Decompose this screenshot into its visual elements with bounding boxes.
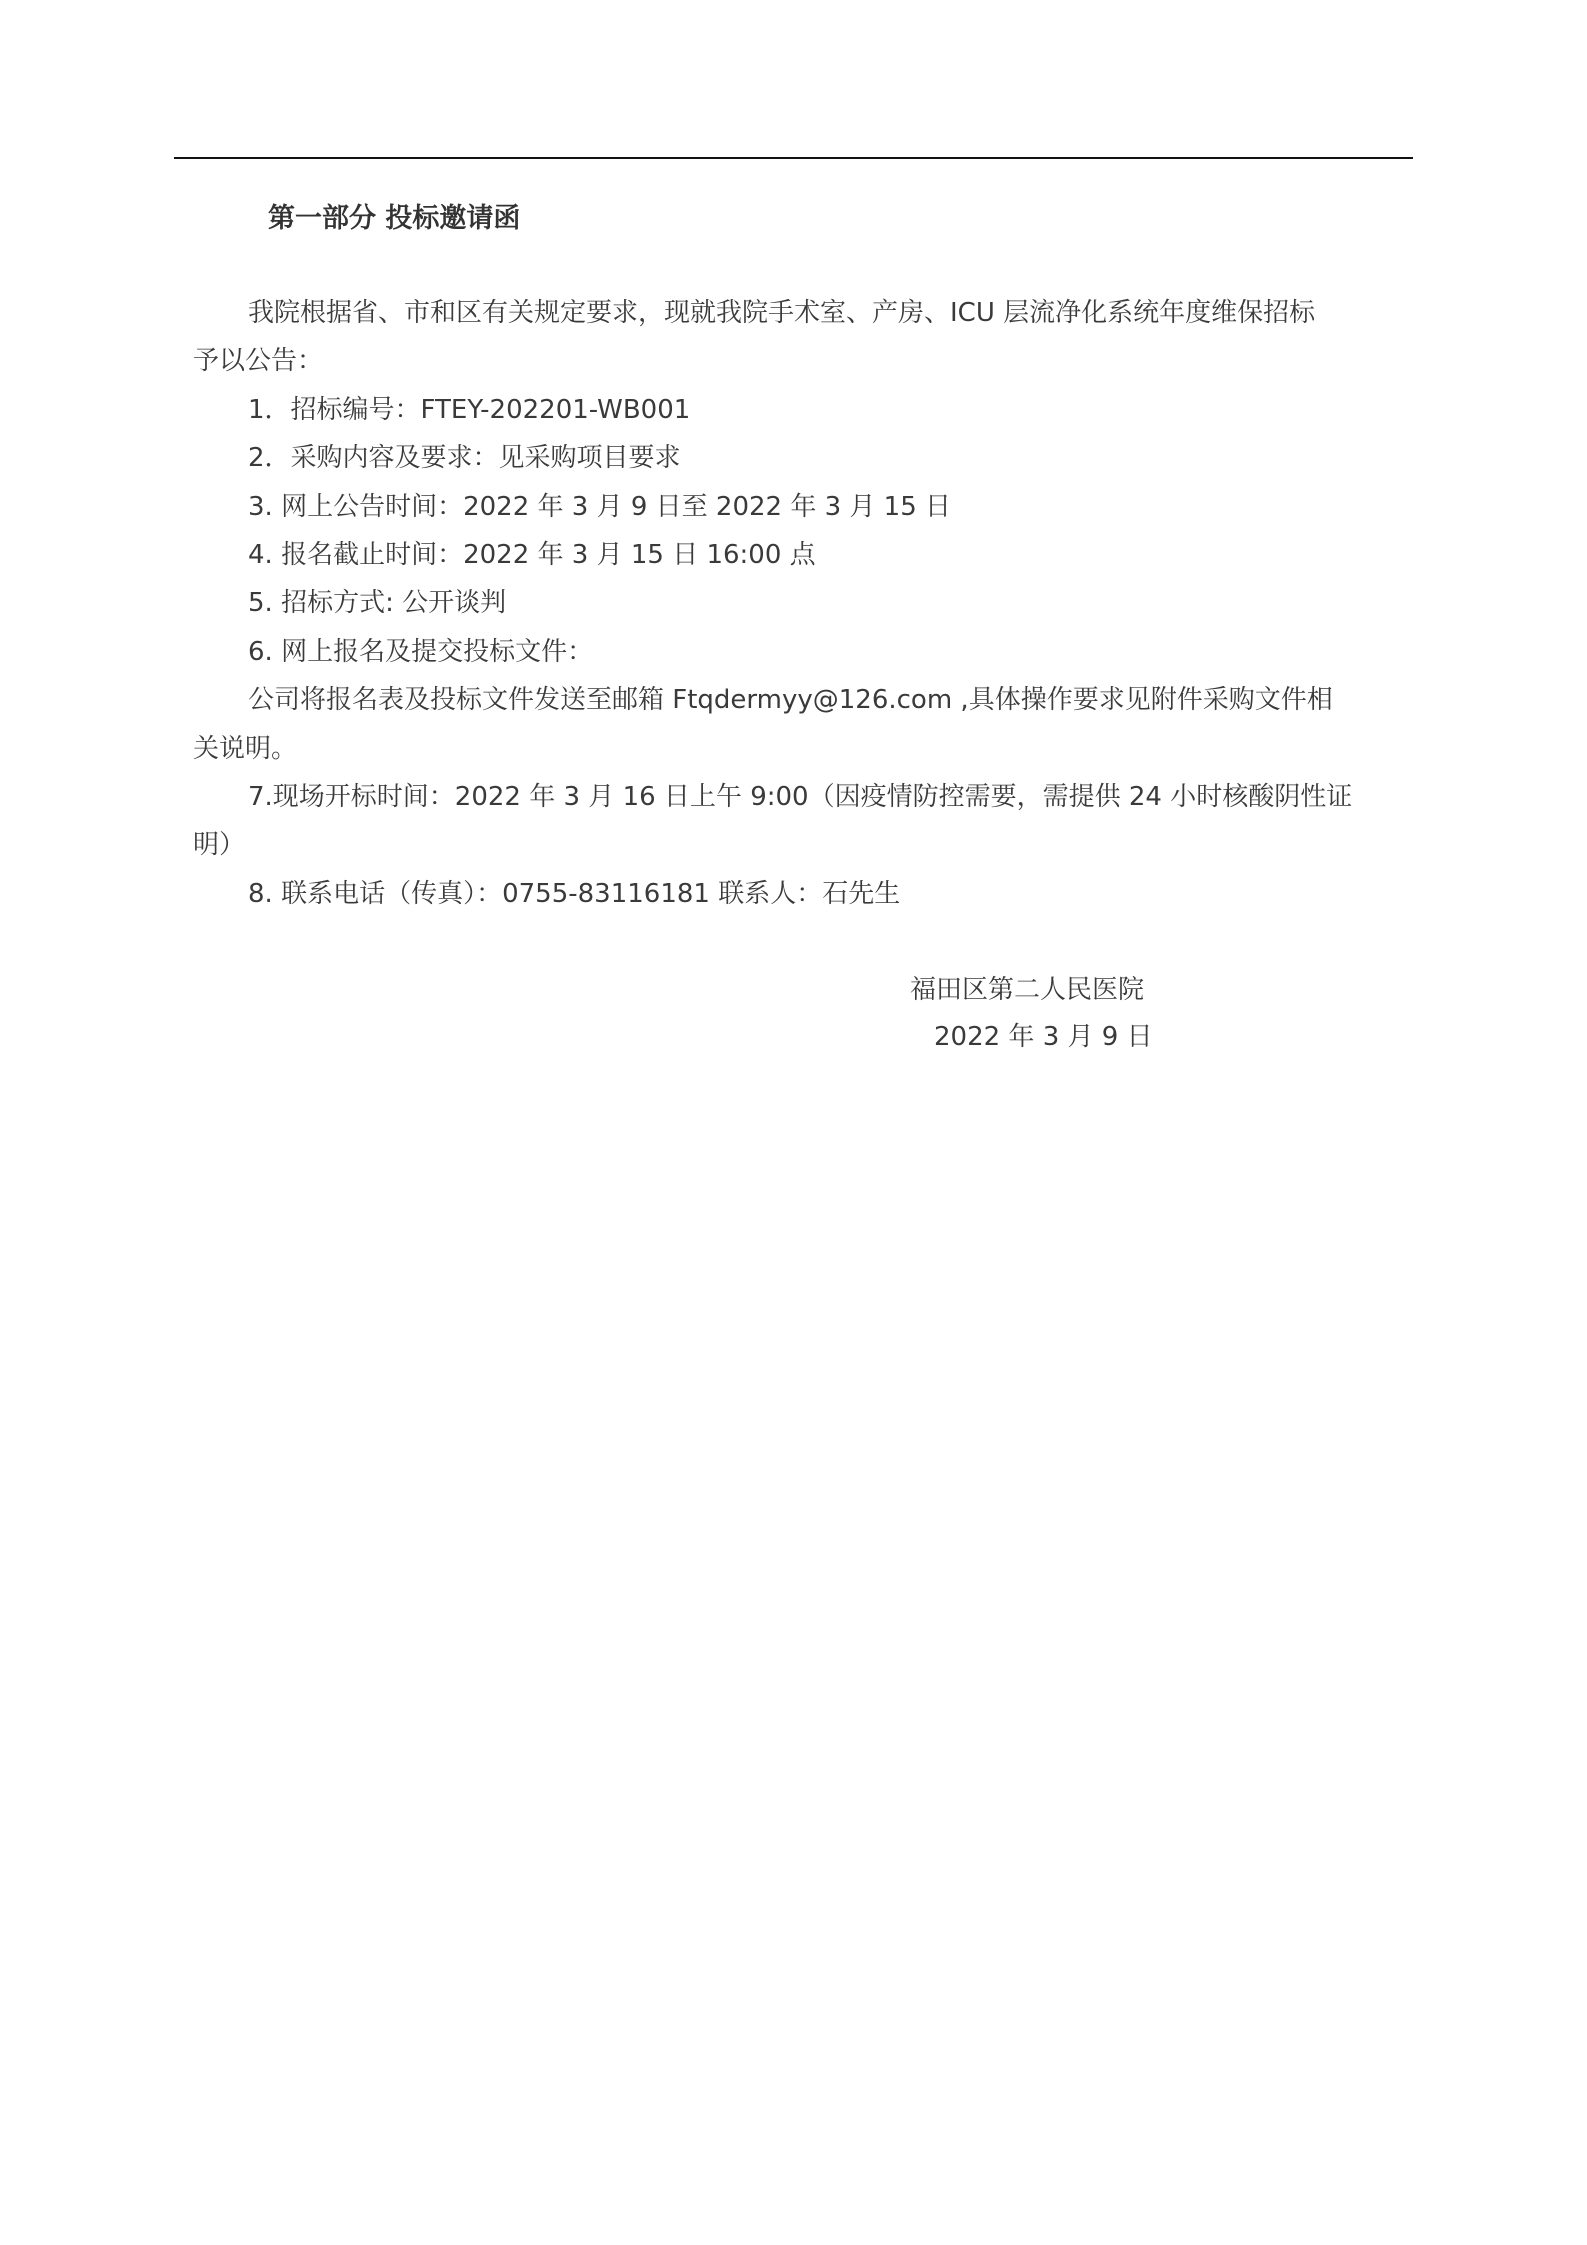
item-bidding-method: 5. 招标方式: 公开谈判: [193, 579, 1415, 627]
header-rule: [174, 157, 1413, 159]
submission-line-1: 公司将报名表及投标文件发送至邮箱 Ftqdermyy@126.com ,具体操作…: [193, 676, 1415, 724]
item-contact: 8. 联系电话（传真）：0755-83116181 联系人：石先生: [193, 870, 1415, 918]
signature-date: 2022 年 3 月 9 日: [934, 1013, 1153, 1061]
item-announcement-period: 3. 网上公告时间：2022 年 3 月 9 日至 2022 年 3 月 15 …: [193, 483, 1415, 531]
submission-line-2: 关说明。: [193, 725, 1415, 773]
item-procurement-content: 2．采购内容及要求：见采购项目要求: [193, 434, 1415, 482]
document-body: 我院根据省、市和区有关规定要求，现就我院手术室、产房、ICU 层流净化系统年度维…: [193, 289, 1415, 918]
item-bid-number: 1．招标编号：FTEY-202201-WB001: [193, 386, 1415, 434]
signature-organization: 福田区第二人民医院: [910, 966, 1144, 1014]
section-title: 第一部分 投标邀请函: [268, 200, 520, 238]
intro-line-1: 我院根据省、市和区有关规定要求，现就我院手术室、产房、ICU 层流净化系统年度维…: [193, 289, 1415, 337]
intro-line-2: 予以公告：: [193, 337, 1415, 385]
item-registration-deadline: 4. 报名截止时间：2022 年 3 月 15 日 16:00 点: [193, 531, 1415, 579]
opening-line-2: 明）: [193, 821, 1415, 869]
item-online-submission: 6. 网上报名及提交投标文件：: [193, 628, 1415, 676]
opening-line-1: 7.现场开标时间：2022 年 3 月 16 日上午 9:00（因疫情防控需要，…: [193, 773, 1415, 821]
